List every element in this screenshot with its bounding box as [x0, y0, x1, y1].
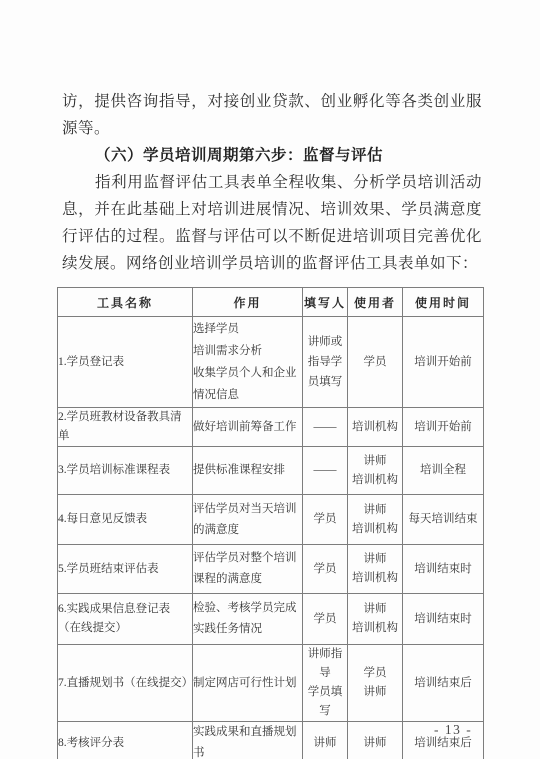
body-text: 访，提供咨询指导，对接创业贷款、创业孵化等各类创业服务资 源等。 （六）学员培训… — [62, 88, 482, 277]
header-purpose: 作用 — [193, 288, 303, 317]
table-row: 1.学员登记表 选择学员 培训需求分析 收集学员个人和企业情况信息 讲师或指导学… — [58, 317, 484, 408]
table-row: 7.直播规划书（在线提交） 制定网店可行性计划 讲师指导 学员填写 学员 讲师 … — [58, 645, 484, 722]
cell-filler: 讲师 — [303, 722, 348, 759]
paragraph-line: 续发展。网络创业培训学员培训的监督评估工具表单如下： — [62, 250, 482, 277]
table-row: 6.实践成果信息登记表（在线提交） 检验、考核学员完成实践任务情况 学员 讲师 … — [58, 594, 484, 645]
cell-filler: 讲师或指导学员填写 — [303, 317, 348, 408]
table-row: 4.每日意见反馈表 评估学员对当天培训的满意度 学员 讲师 培训机构 每天培训结… — [58, 495, 484, 545]
header-tool-name: 工具名称 — [58, 288, 193, 317]
header-user: 使用者 — [348, 288, 403, 317]
evaluation-tools-table: 工具名称 作用 填写人 使用者 使用时间 1.学员登记表 选择学员 培训需求分析… — [57, 287, 484, 759]
table-row: 5.学员班结束评估表 评估学员对整个培训课程的满意度 学员 讲师 培训机构 培训… — [58, 545, 484, 594]
cell-user: 讲师 培训机构 — [348, 545, 403, 594]
cell-purpose: 评估学员对整个培训课程的满意度 — [193, 545, 303, 594]
cell-user: 讲师 培训机构 — [348, 594, 403, 645]
cell-purpose: 选择学员 培训需求分析 收集学员个人和企业情况信息 — [193, 317, 303, 408]
cell-purpose: 提供标准课程安排 — [193, 447, 303, 495]
cell-time: 培训结束后 — [403, 645, 484, 722]
cell-user: 讲师 培训机构 — [348, 495, 403, 545]
cell-purpose: 制定网店可行性计划 — [193, 645, 303, 722]
cell-purpose: 检验、考核学员完成实践任务情况 — [193, 594, 303, 645]
cell-tool-name: 8.考核评分表 — [58, 722, 193, 759]
cell-purpose: 实践成果和直播规划书 — [193, 722, 303, 759]
section-heading: （六）学员培训周期第六步：监督与评估 — [62, 142, 482, 169]
cell-tool-name: 5.学员班结束评估表 — [58, 545, 193, 594]
cell-purpose: 做好培训前筹备工作 — [193, 408, 303, 447]
cell-tool-name: 4.每日意见反馈表 — [58, 495, 193, 545]
cell-user: 学员 讲师 — [348, 645, 403, 722]
table-header-row: 工具名称 作用 填写人 使用者 使用时间 — [58, 288, 484, 317]
table-row: 2.学员班教材设备教具清单 做好培训前筹备工作 —— 培训机构 培训开始前 — [58, 408, 484, 447]
cell-filler: 学员 — [303, 594, 348, 645]
paragraph-line: 指利用监督评估工具表单全程收集、分析学员培训活动信 — [62, 169, 482, 196]
table-row: 8.考核评分表 实践成果和直播规划书 讲师 讲师 培训结束后 — [58, 722, 484, 759]
cell-filler: —— — [303, 408, 348, 447]
cell-tool-name: 7.直播规划书（在线提交） — [58, 645, 193, 722]
cell-filler: 讲师指导 学员填写 — [303, 645, 348, 722]
paragraph-line: 行评估的过程。监督与评估可以不断促进培训项目完善优化和持 — [62, 223, 482, 250]
cell-time: 每天培训结束 — [403, 495, 484, 545]
cell-user: 讲师 培训机构 — [348, 447, 403, 495]
cell-tool-name: 2.学员班教材设备教具清单 — [58, 408, 193, 447]
cell-filler: 学员 — [303, 495, 348, 545]
page-number: - 13 - — [434, 722, 472, 738]
cell-tool-name: 6.实践成果信息登记表（在线提交） — [58, 594, 193, 645]
header-filler: 填写人 — [303, 288, 348, 317]
cell-time: 培训全程 — [403, 447, 484, 495]
paragraph-line: 源等。 — [62, 115, 482, 142]
cell-tool-name: 1.学员登记表 — [58, 317, 193, 408]
cell-user: 学员 — [348, 317, 403, 408]
cell-tool-name: 3.学员培训标准课程表 — [58, 447, 193, 495]
document-page: 访，提供咨询指导，对接创业贷款、创业孵化等各类创业服务资 源等。 （六）学员培训… — [0, 0, 540, 759]
cell-time: 培训结束时 — [403, 545, 484, 594]
paragraph-line: 息，并在此基础上对培训进展情况、培训效果、学员满意度等进 — [62, 196, 482, 223]
cell-user: 培训机构 — [348, 408, 403, 447]
table-row: 3.学员培训标准课程表 提供标准课程安排 —— 讲师 培训机构 培训全程 — [58, 447, 484, 495]
cell-user: 讲师 — [348, 722, 403, 759]
cell-time: 培训结束时 — [403, 594, 484, 645]
cell-time: 培训开始前 — [403, 317, 484, 408]
cell-filler: 学员 — [303, 545, 348, 594]
header-time: 使用时间 — [403, 288, 484, 317]
cell-purpose: 评估学员对当天培训的满意度 — [193, 495, 303, 545]
cell-filler: —— — [303, 447, 348, 495]
paragraph-line: 访，提供咨询指导，对接创业贷款、创业孵化等各类创业服务资 — [62, 88, 482, 115]
cell-time: 培训开始前 — [403, 408, 484, 447]
